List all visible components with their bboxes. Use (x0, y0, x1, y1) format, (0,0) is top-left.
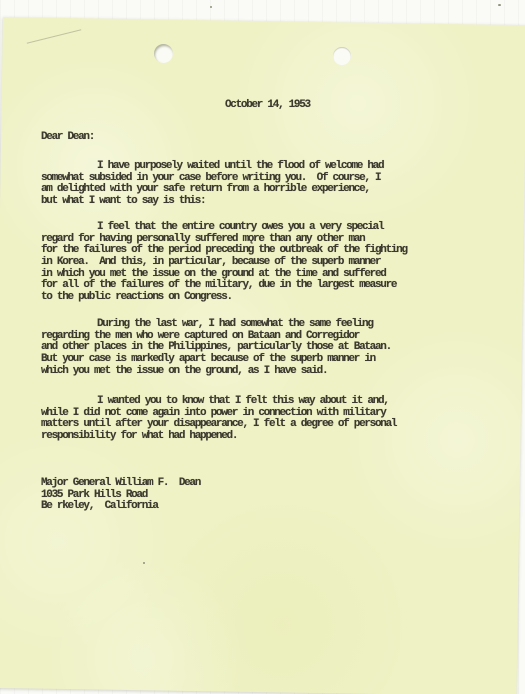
paragraph-2: I feel that the entire country owes you … (41, 222, 407, 304)
text-line: but what I want to say is this: (41, 196, 383, 208)
paragraph-3: During the last war, I had somewhat the … (41, 319, 391, 377)
text-line: During the last war, I had somewhat the … (41, 319, 391, 331)
text-line: I have purposely waited until the flood … (41, 161, 383, 173)
text-line: responsibility for what had happened. (41, 431, 396, 443)
letter-body: October 14, 1953 Dear Dean: I have purpo… (0, 0, 525, 694)
recipient-name: Major General William F. Dean (41, 478, 200, 490)
text-line: But your case is markedly apart because … (41, 354, 391, 366)
text-line: I wanted you to know that I felt this wa… (41, 396, 396, 408)
recipient-city: Be rkeley, California (41, 501, 200, 513)
paragraph-4: I wanted you to know that I felt this wa… (41, 396, 396, 443)
text-line: which you met the issue on the ground, a… (41, 366, 391, 378)
salutation: Dear Dean: (41, 132, 94, 144)
letter-date: October 14, 1953 (225, 100, 310, 112)
text-line: to the public reactions on Congress. (41, 292, 407, 304)
text-line: I feel that the entire country owes you … (41, 222, 407, 234)
text-line: in Korea. And this, in particular, becau… (41, 257, 407, 269)
recipient-address: Major General William F. Dean 1035 Park … (41, 478, 200, 513)
paragraph-1: I have purposely waited until the flood … (41, 161, 383, 208)
document-scan: { "page": { "background_color": "#fafaf7… (0, 0, 525, 694)
